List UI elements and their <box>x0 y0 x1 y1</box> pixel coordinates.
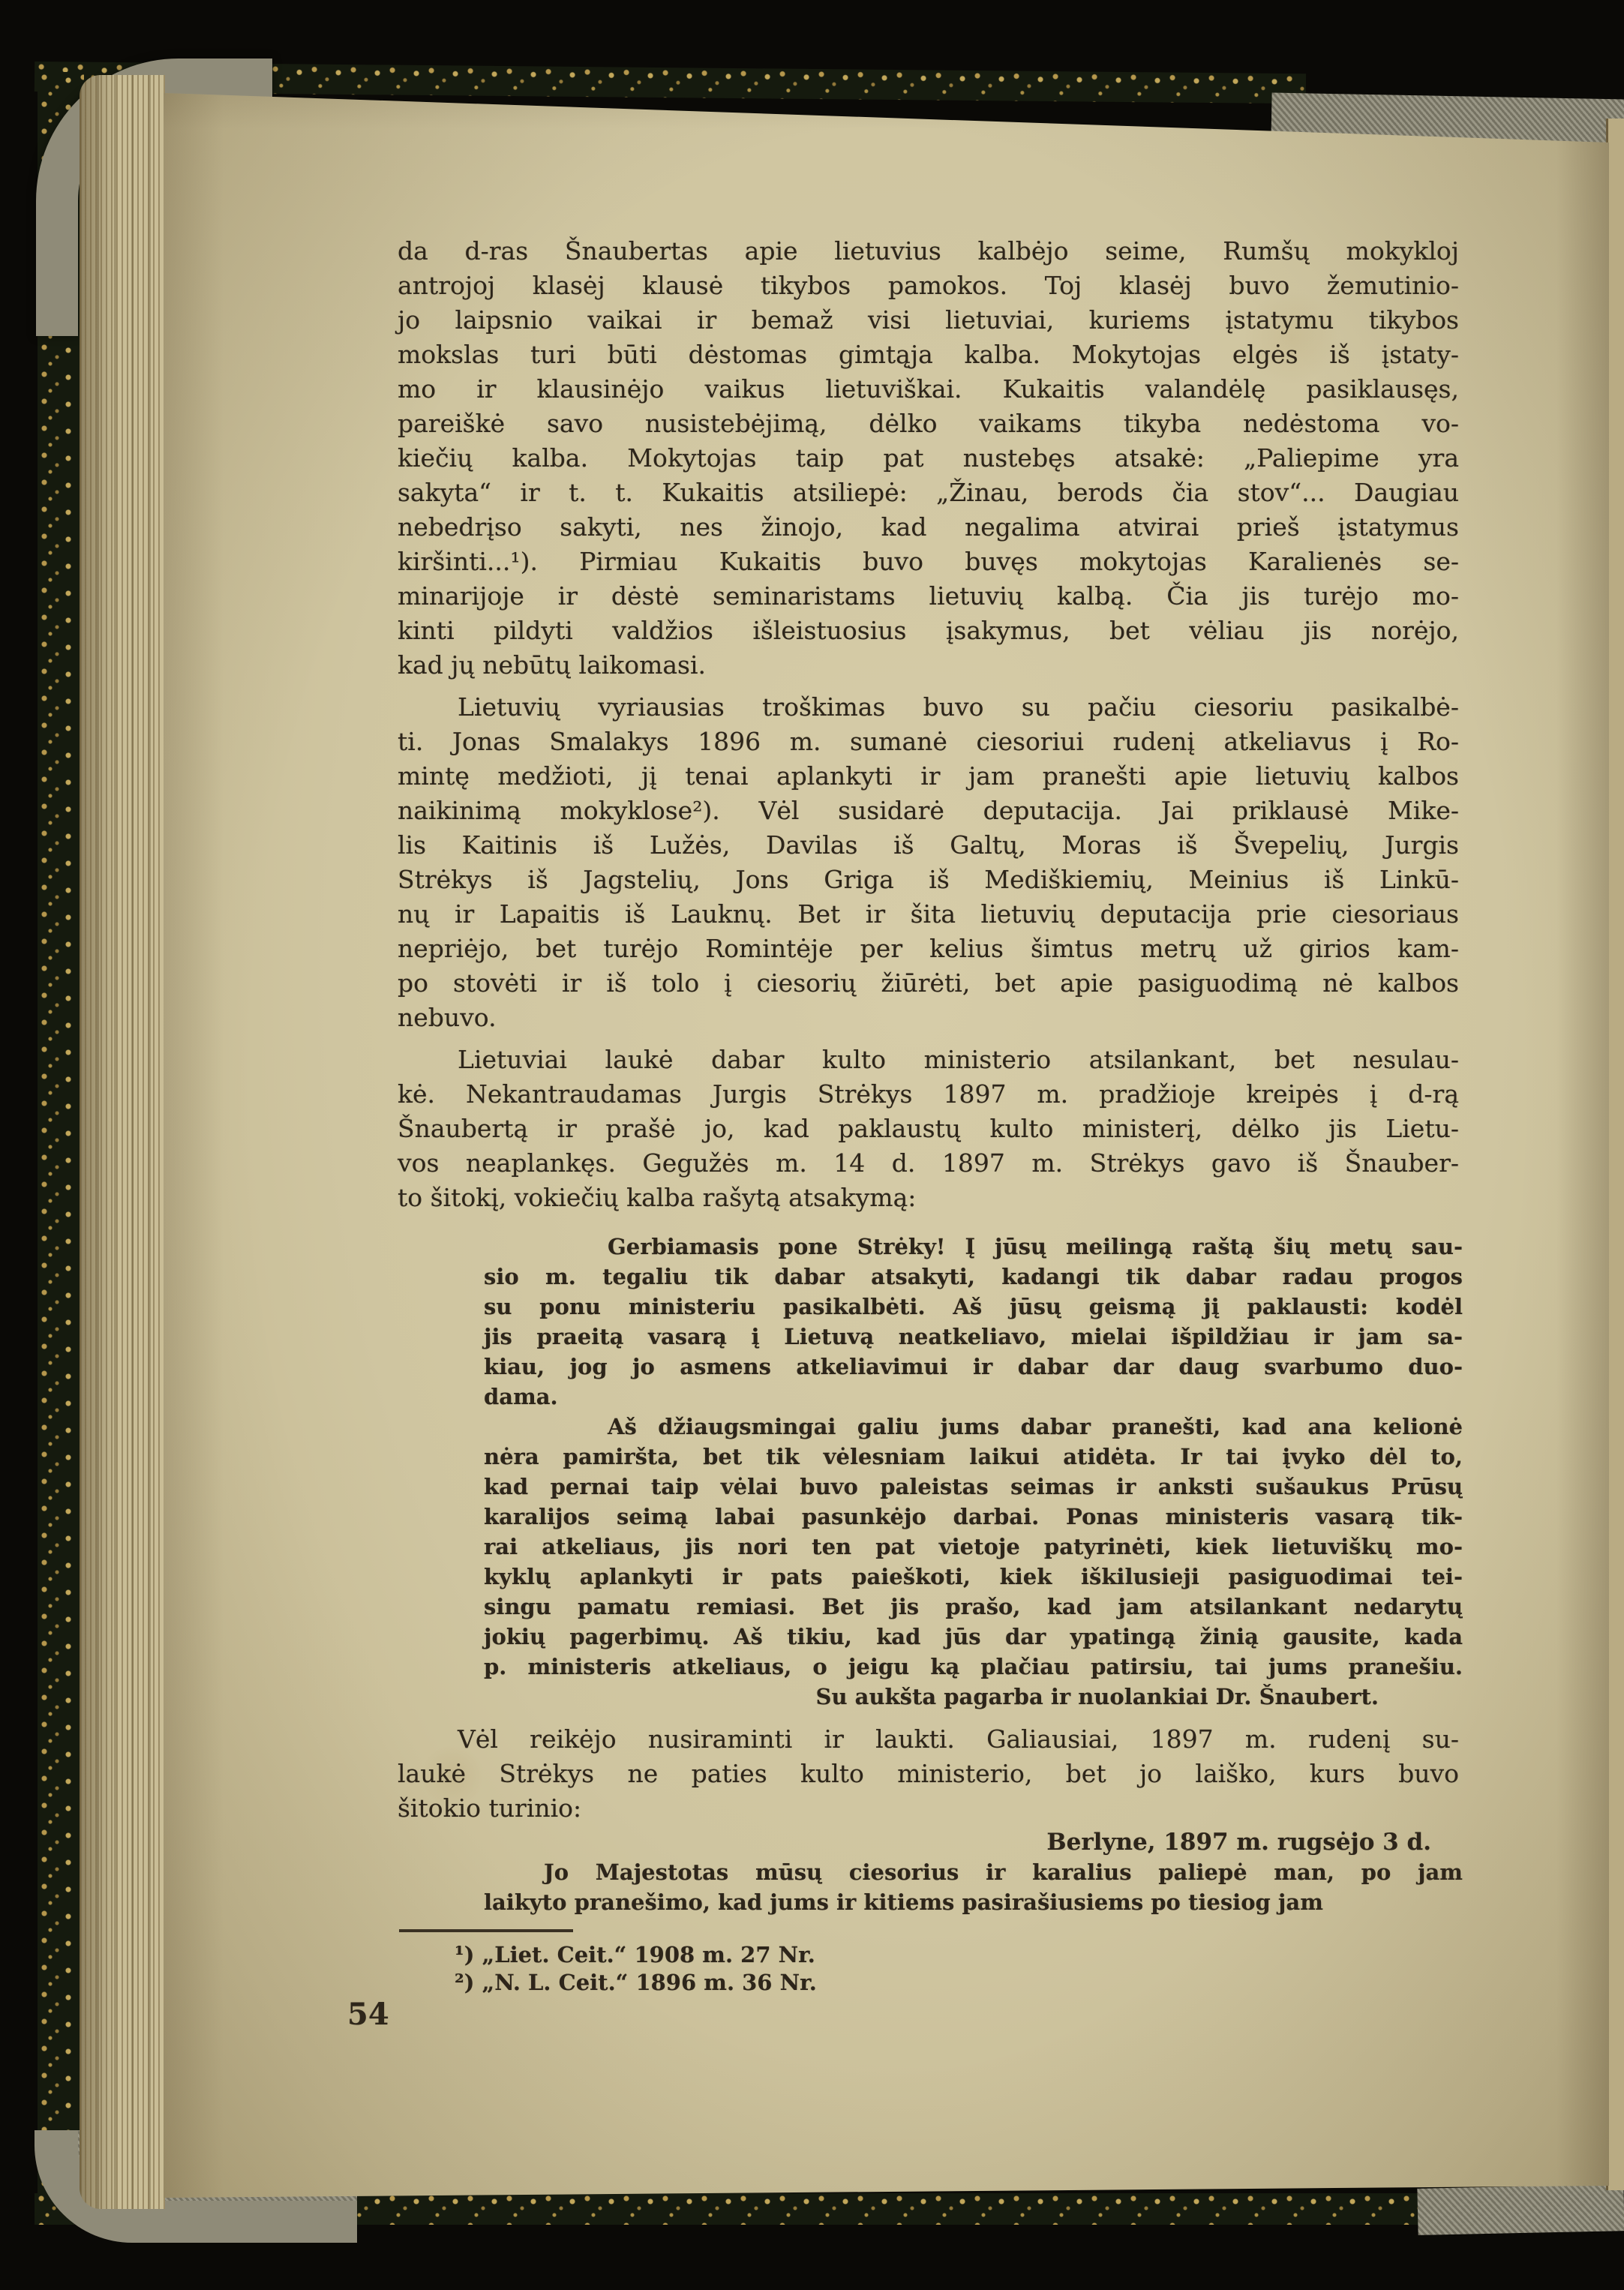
text-line: p. ministeris atkeliaus, o jeigu ką plač… <box>484 1652 1463 1682</box>
text-line: jokių pagerbimų. Aš tikiu, kad jūs dar y… <box>484 1622 1463 1652</box>
text-line: jis praeitą vasarą į Lietuvą neatkeliavo… <box>484 1322 1463 1352</box>
text-line: Strėkys iš Jagstelių, Jons Griga iš Medi… <box>398 863 1459 897</box>
text-line: sio m. tegaliu tik dabar atsakyti, kadan… <box>484 1262 1463 1292</box>
text-line: Lietuviai laukė dabar kulto ministerio a… <box>398 1043 1459 1077</box>
footnote: ¹) „Liet. Ceit.“ 1908 m. 27 Nr. <box>398 1941 1459 1969</box>
quote-paragraph: Jo Majestotas mūsų ciesorius ir karalius… <box>484 1857 1463 1917</box>
text-line: kiečių kalba. Mokytojas taip pat nustebę… <box>398 441 1459 476</box>
paragraph: Lietuviai laukė dabar kulto ministerio a… <box>398 1043 1459 1215</box>
text-line: naikinimą mokyklose²). Vėl susidarė depu… <box>398 794 1459 828</box>
text-line: dama. <box>484 1382 1463 1412</box>
book-page: da d-ras Šnaubertas apie lietuvius kalbė… <box>164 84 1609 2199</box>
page-fore-edge-stack <box>80 75 165 2209</box>
paragraph: Vėl reikėjo nusiraminti ir laukti. Galia… <box>398 1722 1459 1826</box>
text-line: Lietuvių vyriausias troškimas buvo su pa… <box>398 690 1459 725</box>
text-line: su ponu ministeriu pasikalbėti. Aš jūsų … <box>484 1292 1463 1322</box>
text-line: singu pamatu remiasi. Bet jis prašo, kad… <box>484 1592 1463 1622</box>
text-line: nėra pamiršta, bet tik vėlesniam laikui … <box>484 1442 1463 1472</box>
text-line: kad pernai taip vėlai buvo paleistas sei… <box>484 1472 1463 1502</box>
text-line: lis Kaitinis iš Lužės, Davilas iš Galtų,… <box>398 828 1459 863</box>
scanned-book-photo: { "page": { "number": "54", "paragraphs"… <box>0 0 1624 2290</box>
text-line: Gerbiamasis pone Strėky! Į jūsų meilingą… <box>484 1232 1463 1262</box>
text-line: pareiškė savo nusistebėjimą, dėlko vaika… <box>398 407 1459 441</box>
text-line: nų ir Lapaitis iš Lauknų. Bet ir šita li… <box>398 897 1459 932</box>
text-line: ti. Jonas Smalakys 1896 m. sumanė ciesor… <box>398 725 1459 759</box>
text-line: kad jų nebūtų laikomasi. <box>398 648 1459 683</box>
text-line: Su aukšta pagarba ir nuolankiai Dr. Šnau… <box>484 1682 1463 1712</box>
footnote: ²) „N. L. Ceit.“ 1896 m. 36 Nr. <box>398 1969 1459 1997</box>
text-line: nebuvo. <box>398 1001 1459 1035</box>
text-line: Vėl reikėjo nusiraminti ir laukti. Galia… <box>398 1722 1459 1757</box>
quote-paragraph: Gerbiamasis pone Strėky! Į jūsų meilingą… <box>484 1232 1463 1412</box>
paragraph: da d-ras Šnaubertas apie lietuvius kalbė… <box>398 234 1459 683</box>
text-line: Aš džiaugsmingai galiu jums dabar praneš… <box>484 1412 1463 1442</box>
footnotes: ¹) „Liet. Ceit.“ 1908 m. 27 Nr.²) „N. L.… <box>398 1941 1459 1997</box>
text-line: vos neaplankęs. Gegužės m. 14 d. 1897 m.… <box>398 1146 1459 1181</box>
text-line: mokslas turi būti dėstomas gimtąja kalba… <box>398 338 1459 372</box>
text-line: Šnaubertą ir prašė jo, kad paklaustų kul… <box>398 1112 1459 1146</box>
text-line: šitokio turinio: <box>398 1791 1459 1826</box>
cover-marbled-edge-left <box>38 72 84 2219</box>
text-block: da d-ras Šnaubertas apie lietuvius kalbė… <box>398 234 1459 1997</box>
text-line: laikyto pranešimo, kad jums ir kitiems p… <box>484 1887 1463 1917</box>
text-line: minarijoje ir dėstė seminaristams lietuv… <box>398 579 1459 614</box>
quote-paragraph: Aš džiaugsmingai galiu jums dabar praneš… <box>484 1412 1463 1712</box>
text-line: sakyta“ ir t. t. Kukaitis atsiliepė: „Ži… <box>398 476 1459 510</box>
cloth-edge-bottom-right <box>1417 2184 1624 2235</box>
page-number: 54 <box>347 1997 389 2032</box>
text-line: Berlyne, 1897 m. rugsėjo 3 d. <box>484 1827 1463 1857</box>
text-line: jo laipsnio vaikai ir bemaž visi lietuvi… <box>398 303 1459 338</box>
text-line: da d-ras Šnaubertas apie lietuvius kalbė… <box>398 234 1459 269</box>
paragraph: Lietuvių vyriausias troškimas buvo su pa… <box>398 690 1459 1035</box>
text-line: Jo Majestotas mūsų ciesorius ir karalius… <box>484 1857 1463 1887</box>
text-line: mintę medžioti, jį tenai aplankyti ir ja… <box>398 759 1459 794</box>
footnote-rule <box>399 1929 573 1932</box>
text-line: antrojoj klasėj klausė tikybos pamokos. … <box>398 269 1459 303</box>
text-line: mo ir klausinėjo vaikus lietuviškai. Kuk… <box>398 372 1459 407</box>
dateline-paragraph: Berlyne, 1897 m. rugsėjo 3 d. <box>484 1827 1463 1857</box>
text-line: karalijos seimą labai pasunkėjo darbai. … <box>484 1502 1463 1532</box>
text-line: kiršinti...¹). Pirmiau Kukaitis buvo buv… <box>398 545 1459 579</box>
text-line: rai atkeliaus, jis nori ten pat vietoje … <box>484 1532 1463 1562</box>
text-line: kyklų aplankyti ir pats paieškoti, kiek … <box>484 1562 1463 1592</box>
text-line: po stovėti ir iš tolo į ciesorių žiūrėti… <box>398 966 1459 1001</box>
text-line: to šitokį, vokiečių kalba rašytą atsakym… <box>398 1181 1459 1215</box>
text-line: kiau, jog jo asmens atkeliavimui ir daba… <box>484 1352 1463 1382</box>
text-line: kė. Nekantraudamas Jurgis Strėkys 1897 m… <box>398 1077 1459 1112</box>
text-line: nebedrįso sakyti, nes žinojo, kad negali… <box>398 510 1459 545</box>
text-line: kinti pildyti valdžios išleistuosius įsa… <box>398 614 1459 648</box>
text-line: nepriėjo, bet turėjo Romintėje per keliu… <box>398 932 1459 966</box>
text-line: laukė Strėkys ne paties kulto ministerio… <box>398 1757 1459 1791</box>
